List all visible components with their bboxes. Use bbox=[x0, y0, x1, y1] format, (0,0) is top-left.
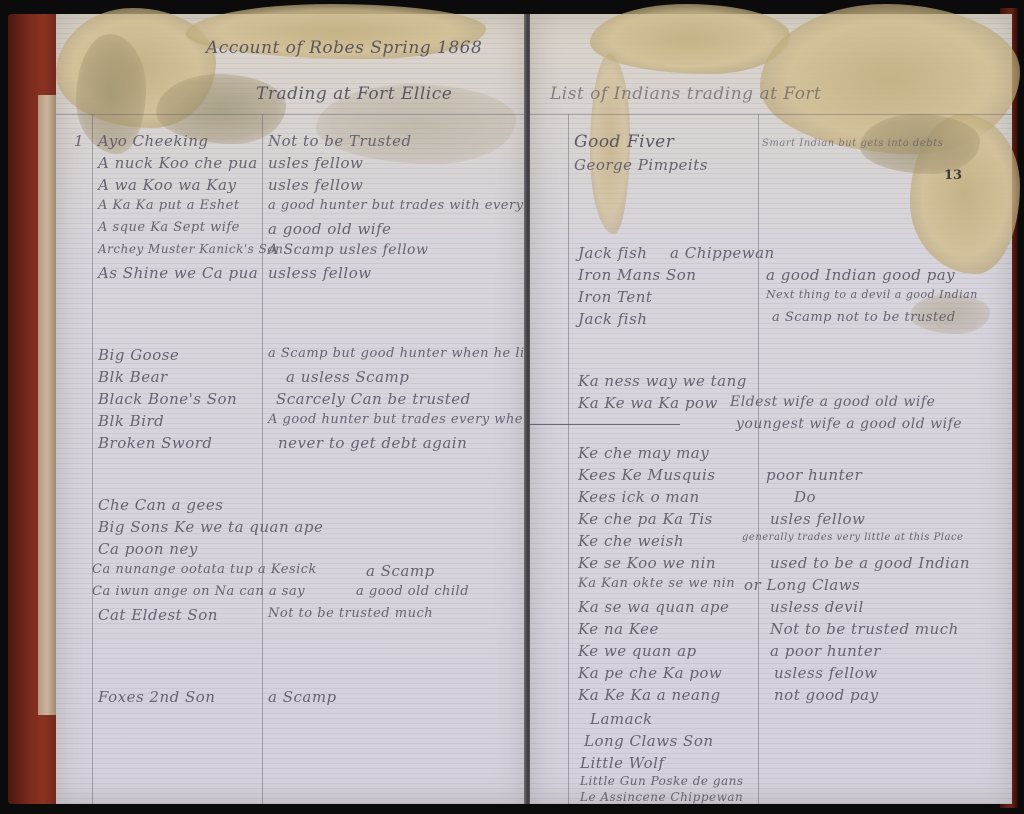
entry-name: Cat Eldest Son bbox=[98, 606, 218, 624]
entry-note: Next thing to a devil a good Indian bbox=[766, 288, 978, 301]
margin-rule bbox=[92, 114, 93, 804]
entry-note: a usless Scamp bbox=[286, 368, 409, 386]
entry-note: Scarcely Can be trusted bbox=[276, 390, 471, 408]
entry-name: Ke se Koo we nin bbox=[578, 554, 716, 572]
entry-name: A sque Ka Sept wife bbox=[98, 220, 240, 235]
entry-name: Big Sons Ke we ta quan ape bbox=[98, 518, 323, 536]
entry-name: Lamack bbox=[590, 710, 653, 728]
ledger-title: Account of Robes Spring 1868 bbox=[206, 38, 482, 58]
entry-name: Big Goose bbox=[98, 346, 179, 364]
entry-name: Jack fish bbox=[578, 244, 647, 262]
section-rule bbox=[530, 424, 680, 425]
water-stain bbox=[590, 4, 790, 74]
entry-note: Not to be trusted much bbox=[770, 620, 959, 638]
entry-name: Ke che may may bbox=[578, 444, 709, 462]
right-page: List of Indians trading at Fort Smart In… bbox=[530, 14, 1012, 804]
entry-note: Not to be Trusted bbox=[268, 132, 412, 150]
entry-name: Ka pe che Ka pow bbox=[578, 664, 722, 682]
entry-name: Ca iwun ange on Na can a say bbox=[92, 584, 305, 599]
entry-note: usless devil bbox=[770, 598, 864, 616]
entry-name: Archey Muster Kanick's Son bbox=[98, 242, 283, 256]
entry-name: Ka Kan okte se we nin bbox=[578, 576, 735, 591]
entry-name: Kees ick o man bbox=[578, 488, 700, 506]
entry-name: Broken Sword bbox=[98, 434, 213, 452]
entry-note: usless fellow bbox=[774, 664, 878, 682]
entry-note: A good hunter but trades every where bbox=[268, 412, 538, 427]
entry-name: Ka Ke wa Ka pow bbox=[578, 394, 718, 412]
entry-note: a Scamp bbox=[268, 688, 337, 706]
entry-note: usless fellow bbox=[268, 264, 372, 282]
left-page: Account of Robes Spring 1868 Trading at … bbox=[56, 14, 526, 804]
entry-note: youngest wife a good old wife bbox=[736, 416, 962, 432]
entry-name: George Pimpeits bbox=[574, 156, 708, 174]
entry-name: Ka Ke Ka a neang bbox=[578, 686, 721, 704]
entry-note: a Scamp bbox=[366, 562, 435, 580]
entry-note: a good hunter but trades with every bbox=[268, 198, 524, 213]
entry-name: Ca nunange ootata tup a Kesick bbox=[92, 562, 317, 577]
entry-name: Ka ness way we tang bbox=[578, 372, 747, 390]
entry-name: A wa Koo wa Kay bbox=[98, 176, 236, 194]
entry-name: Blk Bear bbox=[98, 368, 168, 386]
entry-note: a Scamp not to be trusted bbox=[772, 310, 956, 325]
entry-note: poor hunter bbox=[766, 466, 862, 484]
entry-name: A nuck Koo che pua bbox=[98, 154, 258, 172]
entry-name: Ke che weish bbox=[578, 532, 684, 550]
entry-name: Ayo Cheeking bbox=[98, 132, 209, 150]
column-rule bbox=[758, 114, 759, 804]
entry-name: Ke we quan ap bbox=[578, 642, 697, 660]
entry-name: Foxes 2nd Son bbox=[98, 688, 215, 706]
entry-name: Little Gun Poske de gans bbox=[580, 774, 744, 788]
entry-name: Good Fiver bbox=[574, 132, 674, 152]
entry-note: a good old wife bbox=[268, 220, 392, 238]
margin-rule bbox=[568, 114, 569, 804]
entry-note: never to get debt again bbox=[278, 434, 467, 452]
entry-note: not good pay bbox=[774, 686, 879, 704]
entry-name: Ca poon ney bbox=[98, 540, 198, 558]
column-header-note: Smart Indian but gets into debts bbox=[762, 138, 943, 149]
page-edges-left bbox=[38, 95, 56, 715]
entry-name: Iron Tent bbox=[578, 288, 652, 306]
entry-note: or Long Claws bbox=[744, 576, 860, 594]
entry-name: Kees Ke Musquis bbox=[578, 466, 715, 484]
entry-note: generally trades very little at this Pla… bbox=[742, 532, 963, 543]
line-number: 1 bbox=[74, 132, 84, 150]
entry-name: Little Wolf bbox=[580, 754, 665, 772]
entry-note: used to be a good Indian bbox=[770, 554, 970, 572]
entry-name: Ke che pa Ka Tis bbox=[578, 510, 713, 528]
entry-name: As Shine we Ca pua bbox=[98, 264, 258, 282]
entry-note: A Scamp usles fellow bbox=[268, 242, 428, 258]
entry-note: usles fellow bbox=[268, 176, 363, 194]
ledger-subtitle: Trading at Fort Ellice bbox=[256, 84, 452, 104]
entry-name: Che Can a gees bbox=[98, 496, 223, 514]
entry-note: a Chippewan bbox=[670, 244, 775, 262]
entry-note: usles fellow bbox=[770, 510, 865, 528]
entry-note: Eldest wife a good old wife bbox=[730, 394, 935, 410]
ledger-title: List of Indians trading at Fort bbox=[550, 84, 821, 104]
entry-name: Ke na Kee bbox=[578, 620, 659, 638]
entry-name: Jack fish bbox=[578, 310, 647, 328]
entry-note: Do bbox=[794, 488, 816, 506]
header-rule bbox=[56, 114, 526, 115]
entry-note: a poor hunter bbox=[770, 642, 881, 660]
column-rule bbox=[262, 114, 263, 804]
entry-name: A Ka Ka put a Eshet bbox=[98, 198, 240, 213]
entry-note: a Scamp but good hunter when he likes bbox=[268, 346, 548, 361]
entry-name: Long Claws Son bbox=[584, 732, 714, 750]
header-rule bbox=[530, 114, 1012, 115]
entry-note: usles fellow bbox=[268, 154, 363, 172]
entry-note: a good old child bbox=[356, 584, 469, 599]
page-number: 13 bbox=[944, 168, 962, 183]
entry-name: Black Bone's Son bbox=[98, 390, 237, 408]
entry-name: Blk Bird bbox=[98, 412, 164, 430]
entry-name: Le Assincene Chippewan bbox=[580, 790, 743, 804]
entry-name: Iron Mans Son bbox=[578, 266, 696, 284]
entry-note: a good Indian good pay bbox=[766, 266, 955, 284]
entry-note: Not to be trusted much bbox=[268, 606, 433, 621]
entry-name: Ka se wa quan ape bbox=[578, 598, 729, 616]
